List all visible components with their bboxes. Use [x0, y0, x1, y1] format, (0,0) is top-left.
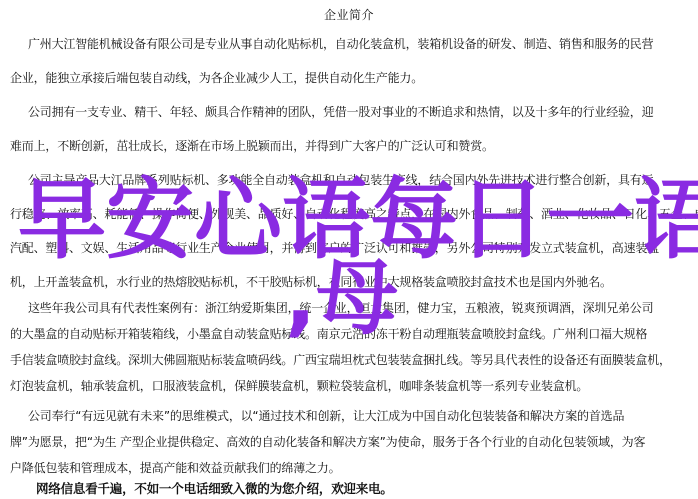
paragraph-2-line-2: 难而上，不断创新，茁壮成长，逐渐在市场上脱颖而出，并得到广大客户的广泛认可和赞赏… [10, 138, 690, 154]
paragraph-4-line-4: 灯泡装盒机，轴承装盒机，口服液装盒机，保鲜膜装盒机，颗粒袋装盒机，咖啡条装盒机等… [10, 378, 690, 394]
paragraph-1-line-2: 企业，能独立承接后端包装自动线，为各企业减少人工，提供自动化生产能力。 [10, 70, 690, 86]
paragraph-4-line-1: 这些年我公司具有代表性案例有：浙江纳爱斯集团，统一企业，恒大集团，健力宝，五粮液… [28, 300, 698, 316]
paragraph-4-line-2: 的大墨盒的自动贴标开箱装箱线，小墨盒自动装盒贴标线。南京元浩的冻干粉自动理瓶装盒… [10, 326, 690, 342]
paragraph-5-line-2: 牌”为愿景，把“为生 产型企业提供稳定、高效的自动化装备和解决方案”为使命，服务… [10, 434, 690, 450]
paragraph-4-line-3: 手信装盒喷胶封盒线。深圳大佛圆瓶贴标装盒喷码线。广西宝瑞坦枕式包装装盒捆扎线。等… [10, 352, 690, 368]
paragraph-5-line-1: 公司奉行“有远见就有未来”的思维模式，以“通过技术和创新，让大江成为中国自动化包… [28, 408, 698, 424]
document-page: 企业简介 广州大江智能机械设备有限公司是专业从事自动化贴标机，自动化装盒机，装箱… [0, 0, 698, 499]
paragraph-3-line-1: 公司主导产品大江品牌系列贴标机、多功能全自动装盒机和自动包装生产线，结合国内外先… [28, 172, 698, 188]
paragraph-3-line-3: 汽配、塑料、文娱、生活用品等行业生产企业使用，并得到客户的广泛认可和推崇，另外公… [10, 240, 690, 256]
paragraph-2-line-1: 公司拥有一支专业、精干、年轻、颇具合作精神的团队，凭借一股对事业的不断追求和热情… [28, 104, 698, 120]
closing-line: 网络信息看千遍，不如一个电话细致入微的为您介绍，欢迎来电。 [36, 481, 698, 497]
paragraph-1-line-1: 广州大江智能机械设备有限公司是专业从事自动化贴标机，自动化装盒机，装箱机设备的研… [28, 36, 698, 52]
paragraph-3-line-2: 行稳定、效率高、耗能低、操作简便、外观美、品质好、自动化程度高之特点，在国内外食… [10, 206, 690, 222]
paragraph-5-line-3: 户降低包装和管理成本，提高产能和效益贡献我们的绵薄之力。 [10, 460, 690, 476]
paragraph-3-line-4: 机，上开盖装盒机，水行业的热熔胶贴标机，不干胶贴标机，在同行业中大规格装盒喷胶封… [10, 274, 690, 290]
page-title: 企业简介 [0, 6, 698, 23]
